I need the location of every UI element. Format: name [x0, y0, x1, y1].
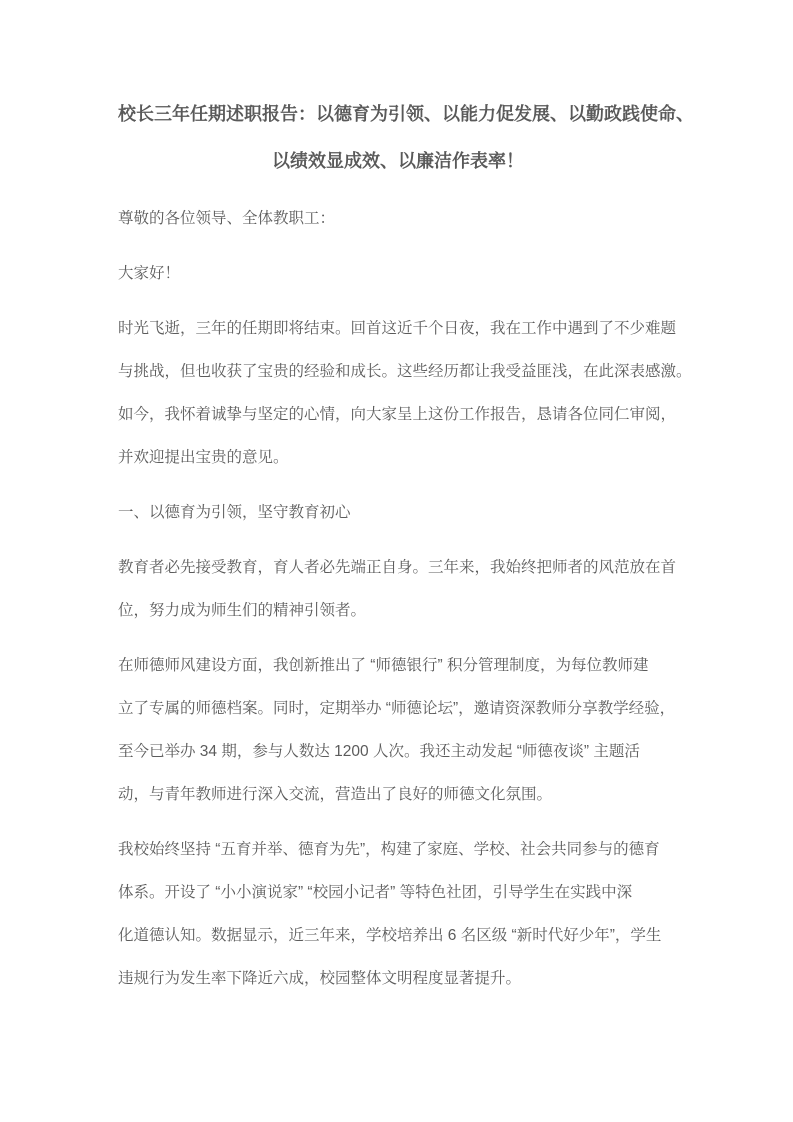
intro-paragraph: 时光飞逝，三年的任期即将结束。回首这近千个日夜，我在工作中遇到了不少难题 与挑战… — [118, 307, 678, 479]
text-line: 大家好！ — [118, 252, 678, 295]
text-line: 并欢迎提出宝贵的意见。 — [118, 436, 678, 479]
document-page: 校长三年任期述职报告：以德育为引领、以能力促发展、以勤政践使命、 以绩效显成效、… — [0, 0, 793, 1122]
text-line: 化道德认知。数据显示，近三年来，学校培养出 6 名区级 “新时代好少年”，学生 — [118, 914, 678, 957]
text-line: 违规行为发生率下降近六成，校园整体文明程度显著提升。 — [118, 957, 678, 1000]
section1-paragraph-2: 在师德师风建设方面，我创新推出了 “师德银行” 积分管理制度，为每位教师建 立了… — [118, 644, 678, 816]
document-title: 校长三年任期述职报告：以德育为引领、以能力促发展、以勤政践使命、 以绩效显成效、… — [118, 91, 678, 185]
text-line: 至今已举办 34 期，参与人数达 1200 人次。我还主动发起 “师德夜谈” 主… — [118, 730, 678, 773]
text-line: 与挑战，但也收获了宝贵的经验和成长。这些经历都让我受益匪浅，在此深表感激。 — [118, 350, 678, 393]
text-line: 立了专属的师德档案。同时，定期举办 “师德论坛”，邀请资深教师分享教学经验， — [118, 687, 678, 730]
document-content: 校长三年任期述职报告：以德育为引领、以能力促发展、以勤政践使命、 以绩效显成效、… — [118, 91, 678, 1000]
title-line: 校长三年任期述职报告：以德育为引领、以能力促发展、以勤政践使命、 — [118, 91, 678, 138]
text-line: 一、以德育为引领，坚守教育初心 — [118, 491, 678, 534]
text-line: 动，与青年教师进行深入交流，营造出了良好的师德文化氛围。 — [118, 773, 678, 816]
text-line: 如今，我怀着诚挚与坚定的心情，向大家呈上这份工作报告，恳请各位同仁审阅， — [118, 393, 678, 436]
title-line: 以绩效显成效、以廉洁作表率！ — [118, 138, 678, 185]
text-line: 尊敬的各位领导、全体教职工： — [118, 197, 678, 240]
salutation-paragraph: 尊敬的各位领导、全体教职工： — [118, 197, 678, 240]
section1-paragraph-1: 教育者必先接受教育，育人者必先端正自身。三年来，我始终把师者的风范放在首 位，努… — [118, 546, 678, 632]
text-line: 体系。开设了 “小小演说家” “校园小记者” 等特色社团，引导学生在实践中深 — [118, 871, 678, 914]
text-line: 教育者必先接受教育，育人者必先端正自身。三年来，我始终把师者的风范放在首 — [118, 546, 678, 589]
text-line: 在师德师风建设方面，我创新推出了 “师德银行” 积分管理制度，为每位教师建 — [118, 644, 678, 687]
section1-paragraph-3: 我校始终坚持 “五育并举、德育为先”，构建了家庭、学校、社会共同参与的德育 体系… — [118, 828, 678, 1000]
greeting-paragraph: 大家好！ — [118, 252, 678, 295]
text-line: 我校始终坚持 “五育并举、德育为先”，构建了家庭、学校、社会共同参与的德育 — [118, 828, 678, 871]
text-line: 位，努力成为师生们的精神引领者。 — [118, 589, 678, 632]
section-heading-1: 一、以德育为引领，坚守教育初心 — [118, 491, 678, 534]
text-line: 时光飞逝，三年的任期即将结束。回首这近千个日夜，我在工作中遇到了不少难题 — [118, 307, 678, 350]
